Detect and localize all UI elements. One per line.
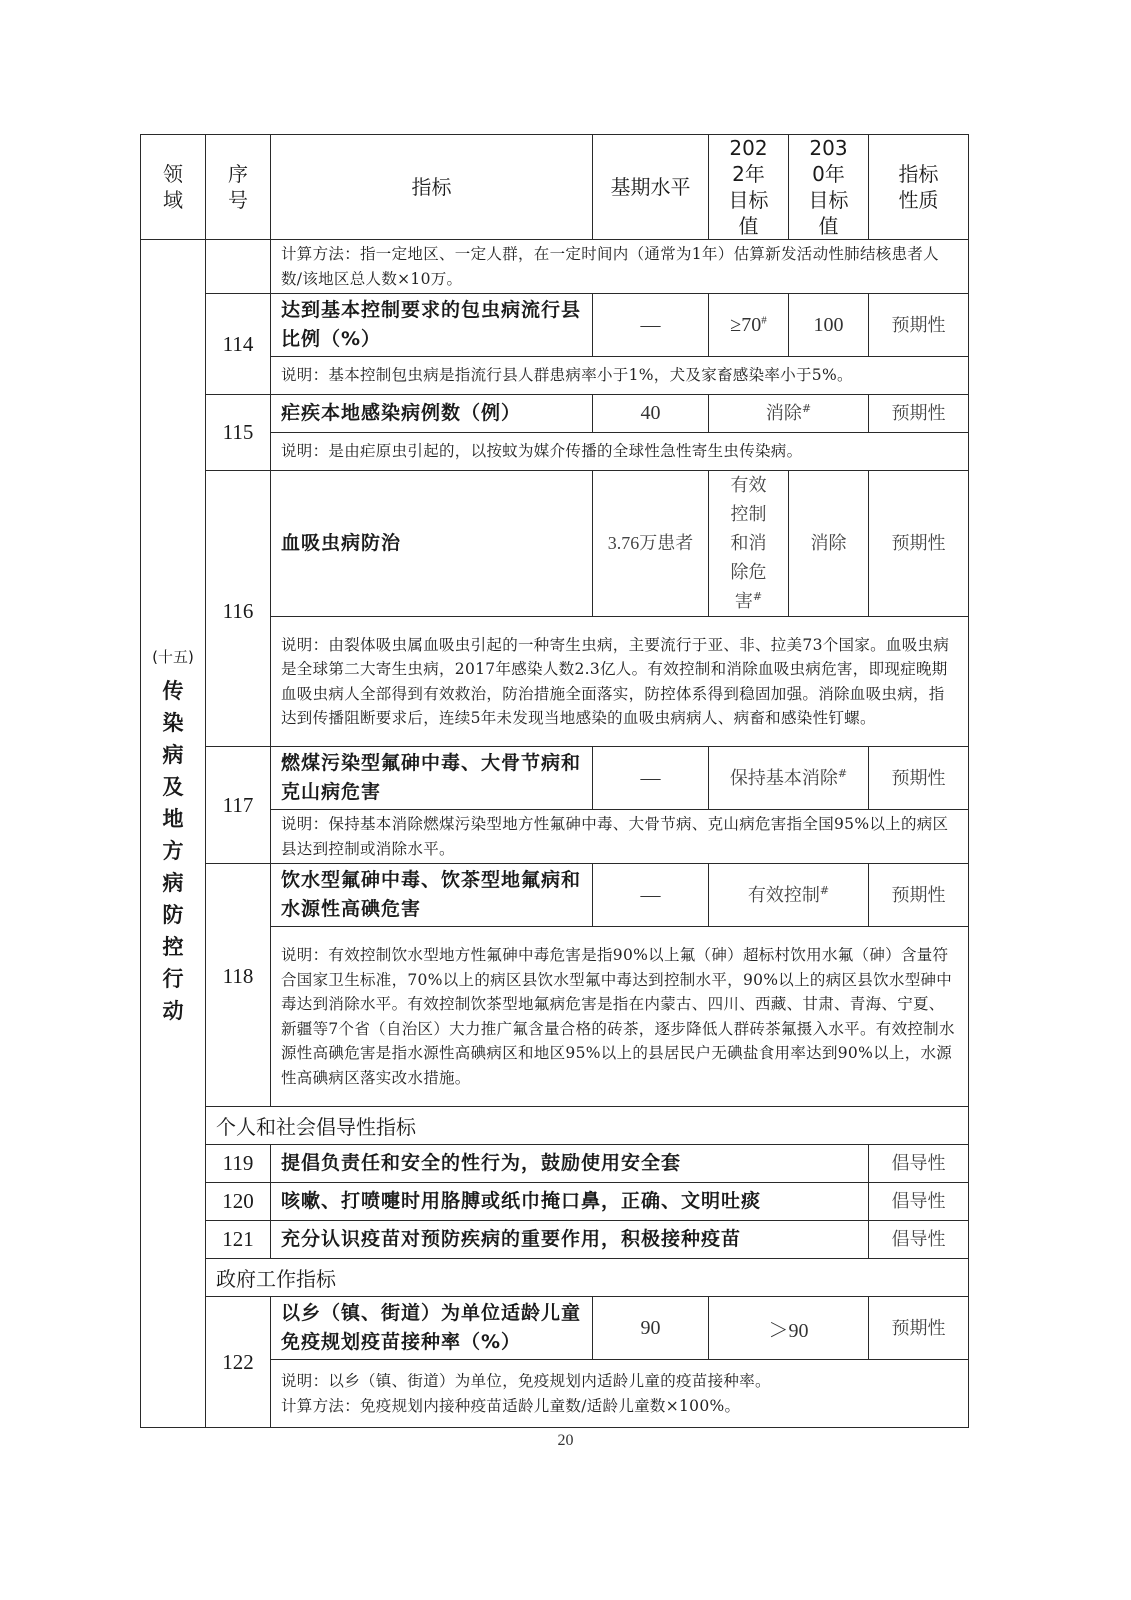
header-target-2030: 2030年目标值 (789, 135, 869, 240)
row-indicator: 达到基本控制要求的包虫病流行县比例（%） (271, 294, 593, 357)
row-seq: 115 (206, 395, 271, 471)
row-indicator: 咳嗽、打喷嚏时用胳膊或纸巾掩口鼻，正确、文明吐痰 (271, 1183, 869, 1221)
table-header-row: 领域 序号 指标 基期水平 2022年目标值 2030年目标值 指标性质 (141, 135, 969, 240)
row-nature: 预期性 (869, 471, 969, 617)
row-indicator: 以乡（镇、街道）为单位适龄儿童免疫规划疫苗接种率（%） (271, 1297, 593, 1360)
header-nature: 指标性质 (869, 135, 969, 240)
row-target-2022: ≥70# (709, 294, 789, 357)
row-indicator: 燃煤污染型氟砷中毒、大骨节病和克山病危害 (271, 747, 593, 810)
row-baseline: 3.76万患者 (593, 471, 709, 617)
table-row: 114 达到基本控制要求的包虫病流行县比例（%） — ≥70# 100 预期性 (141, 294, 969, 357)
table-row: (十五) 传 染 病 及 地 方 病 防 控 行 动 计算方法：指一定地区、一定… (141, 240, 969, 294)
table-row: 115 疟疾本地感染病例数（例） 40 消除# 预期性 (141, 395, 969, 433)
header-indicator: 指标 (271, 135, 593, 240)
row-indicator: 饮水型氟砷中毒、饮茶型地氟病和水源性高碘危害 (271, 864, 593, 927)
section-title-personal: 个人和社会倡导性指标 (206, 1107, 969, 1145)
header-target-2022: 2022年目标值 (709, 135, 789, 240)
row-baseline: 40 (593, 395, 709, 433)
table-row: 119 提倡负责任和安全的性行为，鼓励使用安全套 倡导性 (141, 1145, 969, 1183)
row-nature: 预期性 (869, 747, 969, 810)
row-description: 说明：基本控制包虫病是指流行县人群患病率小于1%，犬及家畜感染率小于5%。 (271, 357, 969, 395)
row-nature: 预期性 (869, 395, 969, 433)
row-baseline: — (593, 747, 709, 810)
row-seq: 114 (206, 294, 271, 395)
header-baseline: 基期水平 (593, 135, 709, 240)
domain-marker: (十五) (141, 641, 205, 673)
row-seq: 122 (206, 1297, 271, 1428)
row-baseline: 90 (593, 1297, 709, 1360)
row-description: 说明：保持基本消除燃煤污染型地方性氟砷中毒、大骨节病、克山病危害指全国95%以上… (271, 810, 969, 864)
domain-label: (十五) 传 染 病 及 地 方 病 防 控 行 动 (141, 240, 206, 1428)
row-indicator: 疟疾本地感染病例数（例） (271, 395, 593, 433)
row-nature: 预期性 (869, 1297, 969, 1360)
row-nature: 预期性 (869, 294, 969, 357)
row-target-2030: 消除 (789, 471, 869, 617)
row-indicator: 血吸虫病防治 (271, 471, 593, 617)
row-description: 计算方法：指一定地区、一定人群，在一定时间内（通常为1年）估算新发活动性肺结核患… (271, 240, 969, 294)
row-baseline: — (593, 294, 709, 357)
section-header-row: 政府工作指标 (141, 1259, 969, 1297)
row-target-merged: 保持基本消除# (709, 747, 869, 810)
page-number: 20 (0, 1432, 1131, 1450)
table-row: 120 咳嗽、打喷嚏时用胳膊或纸巾掩口鼻，正确、文明吐痰 倡导性 (141, 1183, 969, 1221)
row-seq: 119 (206, 1145, 271, 1183)
table-row: 122 以乡（镇、街道）为单位适龄儿童免疫规划疫苗接种率（%） 90 ＞90 预… (141, 1297, 969, 1360)
row-target-merged: 有效控制# (709, 864, 869, 927)
document-page: 领域 序号 指标 基期水平 2022年目标值 2030年目标值 指标性质 (十五… (0, 0, 1131, 1600)
row-baseline: — (593, 864, 709, 927)
row-indicator: 充分认识疫苗对预防疾病的重要作用，积极接种疫苗 (271, 1221, 869, 1259)
row-target-2030: 100 (789, 294, 869, 357)
row-target-merged: 消除# (709, 395, 869, 433)
seq-cell-empty (206, 240, 271, 294)
row-indicator: 提倡负责任和安全的性行为，鼓励使用安全套 (271, 1145, 869, 1183)
section-header-row: 个人和社会倡导性指标 (141, 1107, 969, 1145)
row-seq: 117 (206, 747, 271, 864)
header-domain: 领域 (141, 135, 206, 240)
row-target-2022: 有效控制和消除危害# (709, 471, 789, 617)
row-description: 说明：由裂体吸虫属血吸虫引起的一种寄生虫病，主要流行于亚、非、拉美73个国家。血… (271, 617, 969, 747)
indicator-table: 领域 序号 指标 基期水平 2022年目标值 2030年目标值 指标性质 (十五… (140, 134, 969, 1428)
row-description: 说明：是由疟原虫引起的，以按蚊为媒介传播的全球性急性寄生虫传染病。 (271, 433, 969, 471)
row-seq: 121 (206, 1221, 271, 1259)
header-seq: 序号 (206, 135, 271, 240)
table-row: 117 燃煤污染型氟砷中毒、大骨节病和克山病危害 — 保持基本消除# 预期性 (141, 747, 969, 810)
section-title-gov: 政府工作指标 (206, 1259, 969, 1297)
table-row: 121 充分认识疫苗对预防疾病的重要作用，积极接种疫苗 倡导性 (141, 1221, 969, 1259)
row-nature: 倡导性 (869, 1221, 969, 1259)
row-seq: 120 (206, 1183, 271, 1221)
row-nature: 倡导性 (869, 1183, 969, 1221)
row-description: 说明：以乡（镇、街道）为单位，免疫规划内适龄儿童的疫苗接种率。 计算方法：免疫规… (271, 1360, 969, 1428)
row-seq: 118 (206, 864, 271, 1107)
table-row: 116 血吸虫病防治 3.76万患者 有效控制和消除危害# 消除 预期性 (141, 471, 969, 617)
row-description: 说明：有效控制饮水型地方性氟砷中毒危害是指90%以上氟（砷）超标村饮用水氟（砷）… (271, 927, 969, 1107)
row-seq: 116 (206, 471, 271, 747)
table-row: 118 饮水型氟砷中毒、饮茶型地氟病和水源性高碘危害 — 有效控制# 预期性 (141, 864, 969, 927)
row-target-merged: ＞90 (709, 1297, 869, 1360)
row-nature: 倡导性 (869, 1145, 969, 1183)
row-nature: 预期性 (869, 864, 969, 927)
